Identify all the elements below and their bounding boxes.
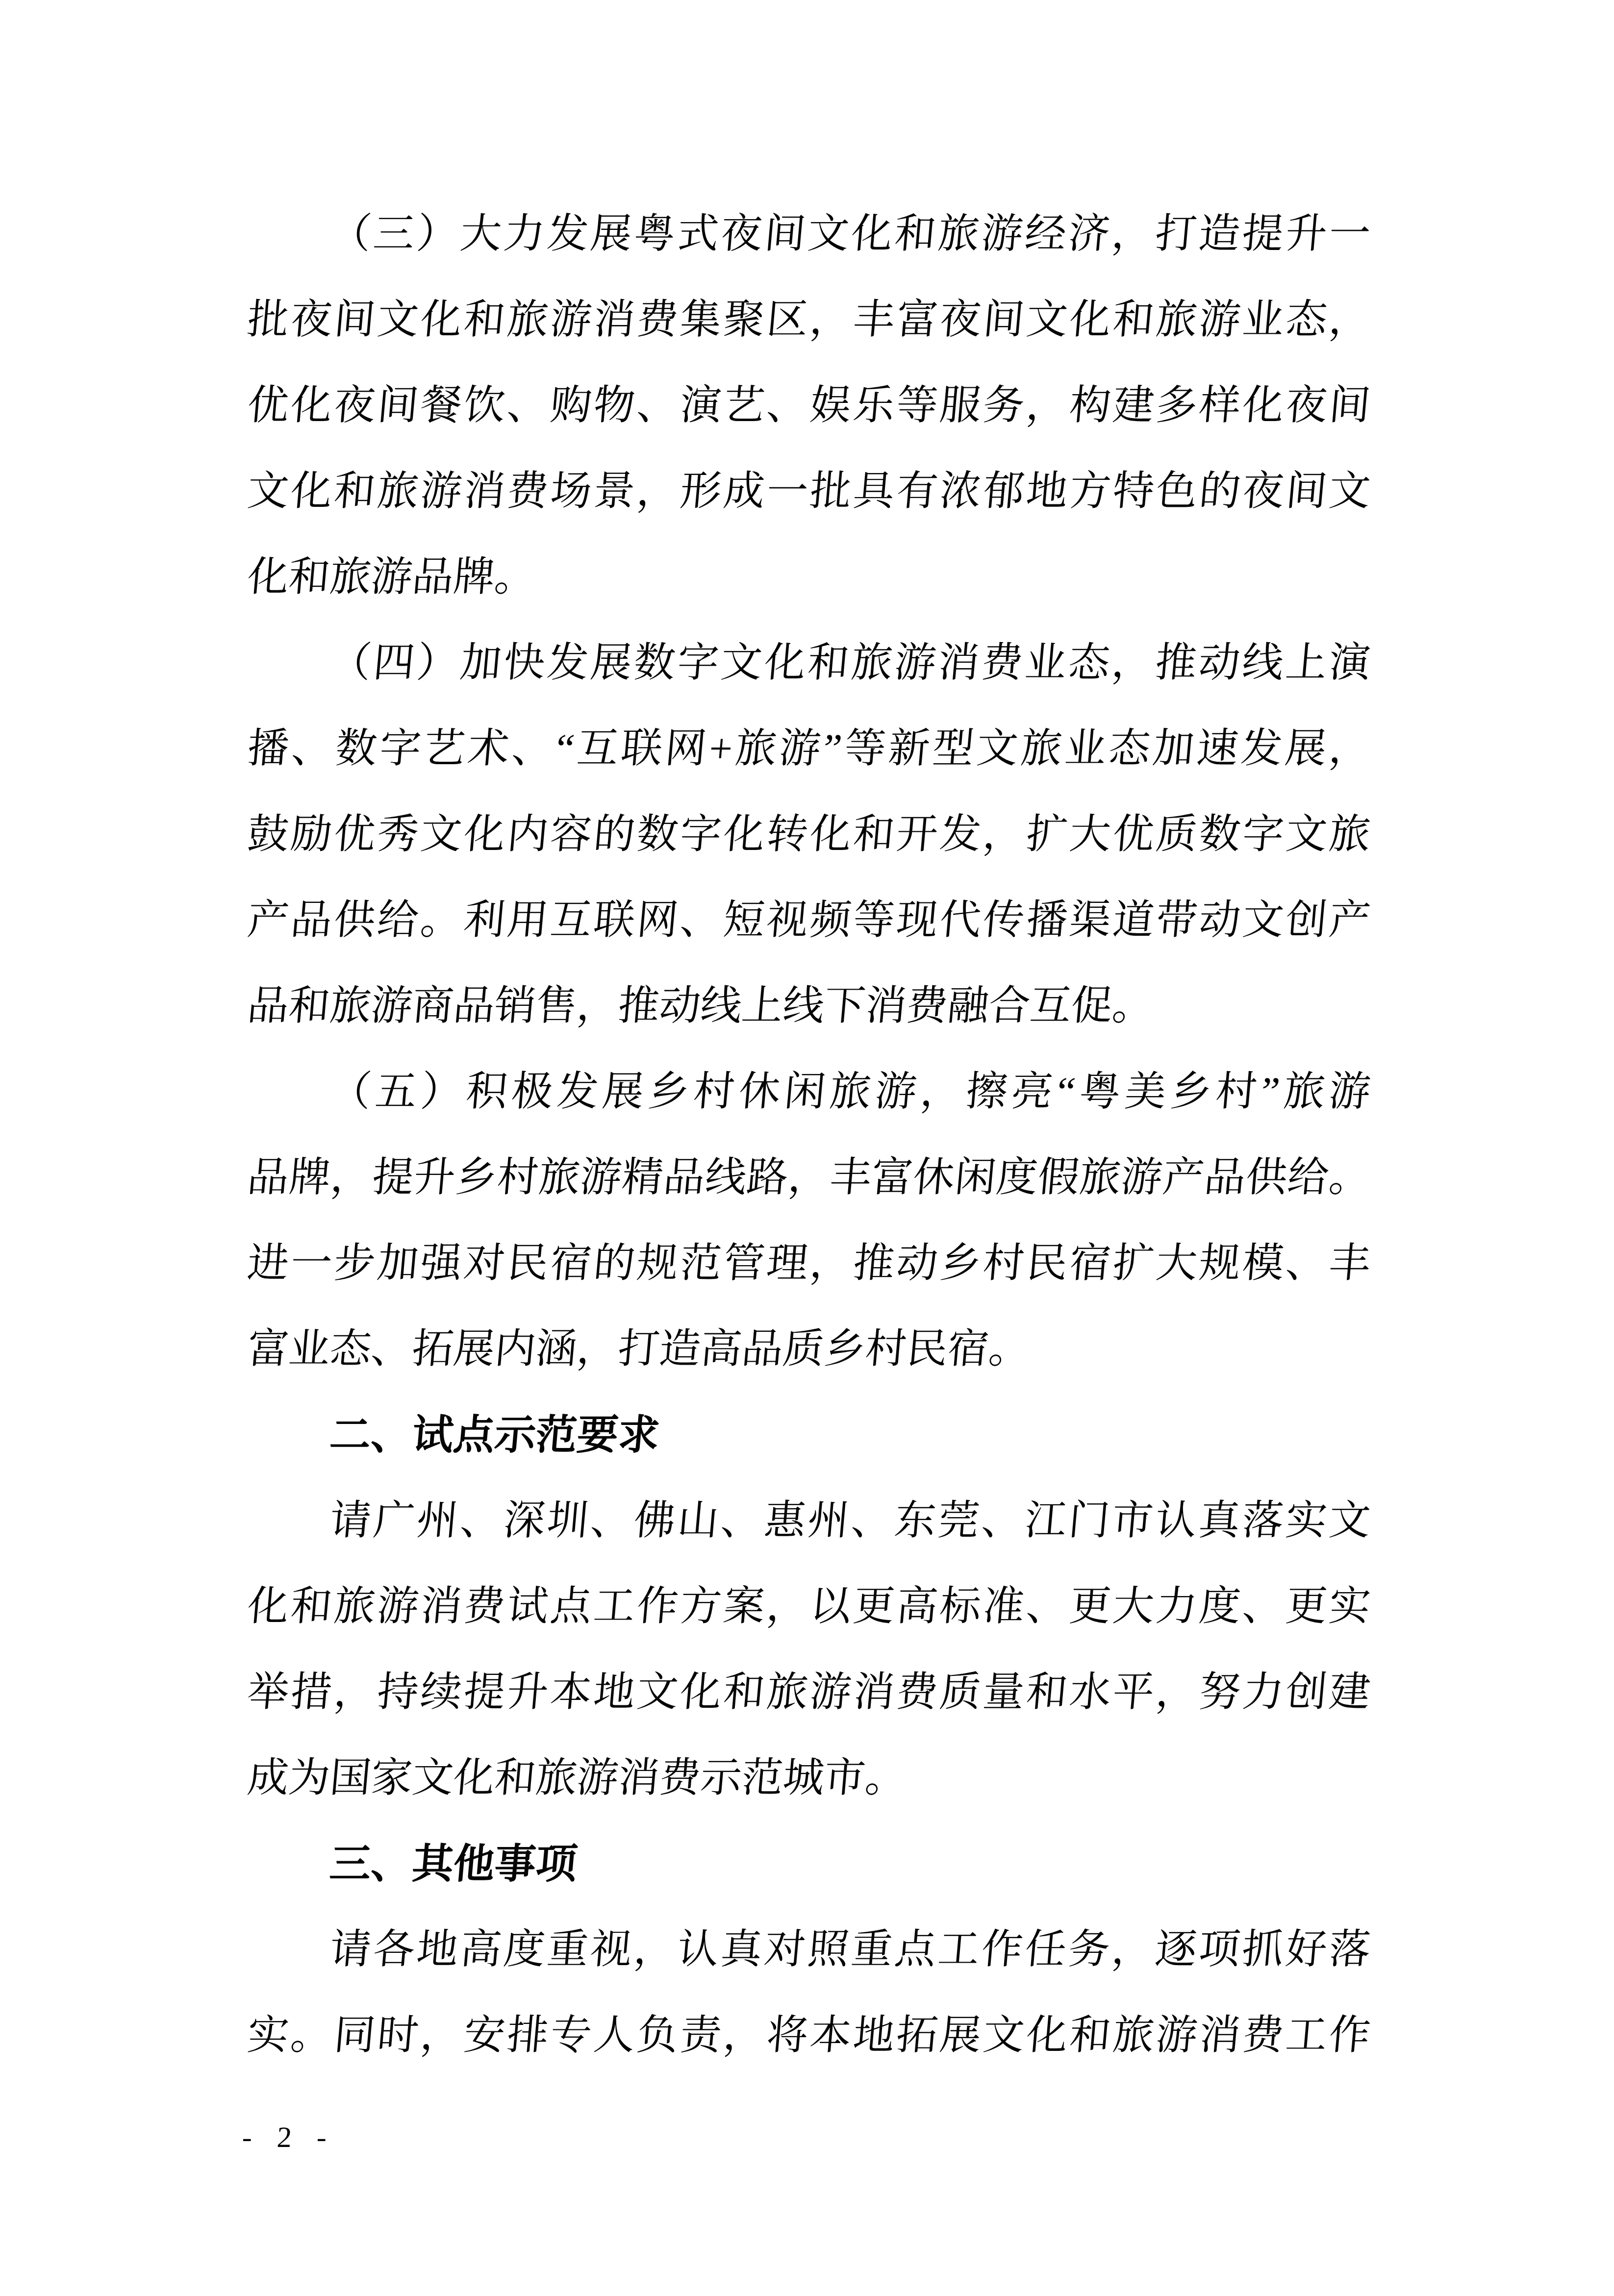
text-line: 播、数字艺术、“互联网+旅游”等新型文旅业态加速发展，	[244, 706, 1374, 792]
text-line: 请各地高度重视，认真对照重点工作任务，逐项抓好落	[244, 1907, 1374, 1993]
text-line: 品和旅游商品销售，推动线上线下消费融合互促。	[244, 963, 1374, 1049]
text-line: 文化和旅游消费场景，形成一批具有浓郁地方特色的夜间文	[244, 449, 1374, 534]
text-line: 化和旅游消费试点工作方案，以更高标准、更大力度、更实	[244, 1564, 1374, 1649]
text-line: （四）加快发展数字文化和旅游消费业态，推动线上演	[244, 620, 1374, 706]
paragraph-digital-culture: （四）加快发展数字文化和旅游消费业态，推动线上演 播、数字艺术、“互联网+旅游”…	[248, 620, 1370, 1049]
text-line: 成为国家文化和旅游消费示范城市。	[244, 1735, 1374, 1821]
text-line: （五）积极发展乡村休闲旅游，擦亮“粤美乡村”旅游	[244, 1049, 1374, 1135]
text-line: 化和旅游品牌。	[244, 534, 1374, 620]
paragraph-implementation: 请各地高度重视，认真对照重点工作任务，逐项抓好落 实。同时，安排专人负责，将本地…	[248, 1907, 1370, 2078]
page-footer: - 2 -	[241, 2108, 337, 2167]
paragraph-pilot-cities: 请广州、深圳、佛山、惠州、东莞、江门市认真落实文 化和旅游消费试点工作方案，以更…	[248, 1478, 1370, 1821]
page-number: - 2 -	[241, 2121, 336, 2153]
text-line: 批夜间文化和旅游消费集聚区，丰富夜间文化和旅游业态，	[244, 277, 1374, 363]
text-line: 富业态、拓展内涵，打造高品质乡村民宿。	[244, 1306, 1374, 1392]
text-line: 进一步加强对民宿的规范管理，推动乡村民宿扩大规模、丰	[244, 1221, 1374, 1306]
paragraph-rural-tourism: （五）积极发展乡村休闲旅游，擦亮“粤美乡村”旅游 品牌，提升乡村旅游精品线路，丰…	[248, 1049, 1370, 1392]
scanned-document-page: （三）大力发展粤式夜间文化和旅游经济，打造提升一 批夜间文化和旅游消费集聚区，丰…	[0, 0, 1614, 2296]
text-line: 鼓励优秀文化内容的数字化转化和开发，扩大优质数字文旅	[244, 792, 1374, 877]
document-content: （三）大力发展粤式夜间文化和旅游经济，打造提升一 批夜间文化和旅游消费集聚区，丰…	[248, 191, 1370, 2078]
text-line: 优化夜间餐饮、购物、演艺、娱乐等服务，构建多样化夜间	[244, 363, 1374, 449]
text-line: 实。同时，安排专人负责，将本地拓展文化和旅游消费工作	[244, 1993, 1374, 2078]
heading-other-matters: 三、其他事项	[244, 1821, 1374, 1907]
text-line: 产品供给。利用互联网、短视频等现代传播渠道带动文创产	[244, 877, 1374, 963]
text-line: （三）大力发展粤式夜间文化和旅游经济，打造提升一	[244, 191, 1374, 277]
heading-pilot-demonstration-requirements: 二、试点示范要求	[244, 1392, 1374, 1478]
text-line: 举措，持续提升本地文化和旅游消费质量和水平，努力创建	[244, 1649, 1374, 1735]
paragraph-night-economy: （三）大力发展粤式夜间文化和旅游经济，打造提升一 批夜间文化和旅游消费集聚区，丰…	[248, 191, 1370, 620]
text-line: 请广州、深圳、佛山、惠州、东莞、江门市认真落实文	[244, 1478, 1374, 1564]
text-line: 品牌，提升乡村旅游精品线路，丰富休闲度假旅游产品供给。	[244, 1135, 1374, 1221]
